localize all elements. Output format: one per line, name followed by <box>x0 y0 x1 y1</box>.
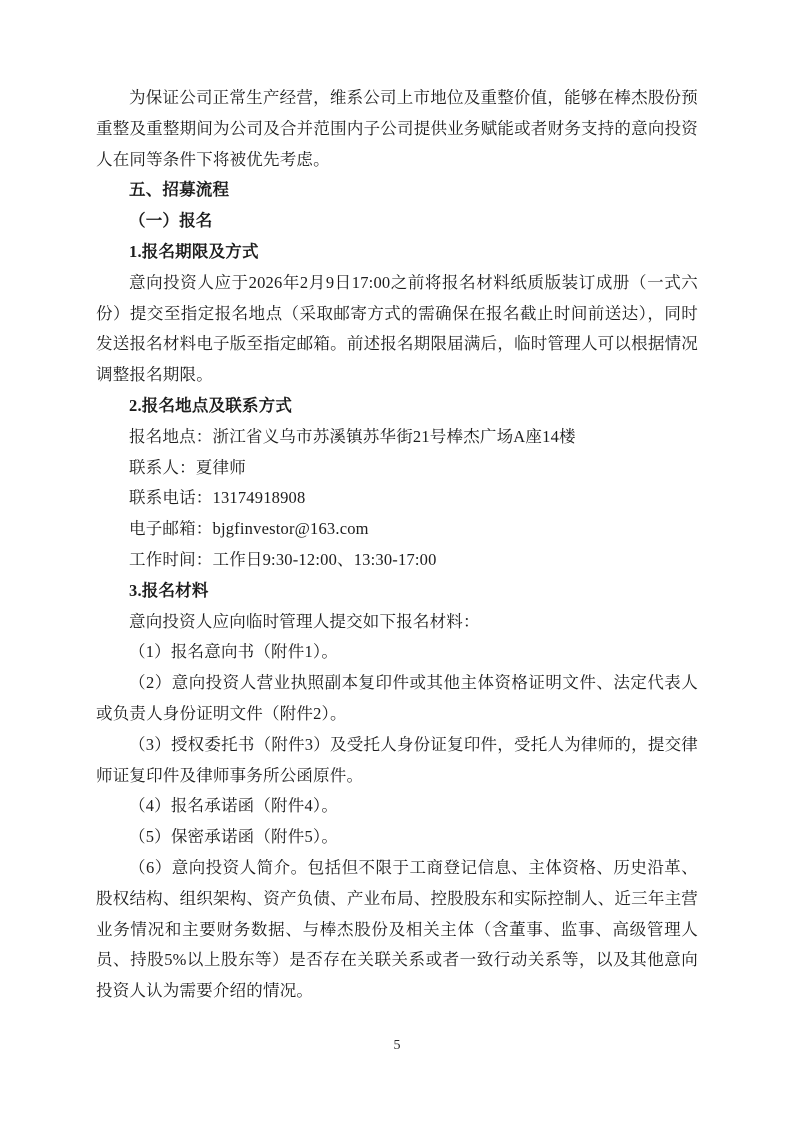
section-heading: （一）报名 <box>96 206 698 237</box>
section-heading: 3.报名材料 <box>96 576 698 607</box>
paragraph: 报名地点：浙江省义乌市苏溪镇苏华街21号棒杰广场A座14楼 <box>96 422 698 453</box>
paragraph: （2）意向投资人营业执照副本复印件或其他主体资格证明文件、法定代表人或负责人身份… <box>96 668 698 730</box>
paragraph: 为保证公司正常生产经营，维系公司上市地位及重整价值，能够在棒杰股份预重整及重整期… <box>96 83 698 175</box>
paragraph: （1）报名意向书（附件1）。 <box>96 637 698 668</box>
document-body: 为保证公司正常生产经营，维系公司上市地位及重整价值，能够在棒杰股份预重整及重整期… <box>96 83 698 1007</box>
page-number: 5 <box>0 1036 794 1056</box>
paragraph: （5）保密承诺函（附件5）。 <box>96 822 698 853</box>
paragraph: 联系人：夏律师 <box>96 453 698 484</box>
section-heading: 2.报名地点及联系方式 <box>96 391 698 422</box>
document-page: 为保证公司正常生产经营，维系公司上市地位及重整价值，能够在棒杰股份预重整及重整期… <box>0 0 794 1123</box>
paragraph: （4）报名承诺函（附件4）。 <box>96 791 698 822</box>
paragraph: （6）意向投资人简介。包括但不限于工商登记信息、主体资格、历史沿革、股权结构、组… <box>96 853 698 1007</box>
paragraph: 意向投资人应于2026年2月9日17:00之前将报名材料纸质版装订成册（一式六份… <box>96 268 698 391</box>
paragraph: 联系电话：13174918908 <box>96 483 698 514</box>
section-heading: 1.报名期限及方式 <box>96 237 698 268</box>
paragraph: 意向投资人应向临时管理人提交如下报名材料： <box>96 607 698 638</box>
paragraph: 电子邮箱：bjgfinvestor@163.com <box>96 514 698 545</box>
paragraph: 工作时间：工作日9:30-12:00、13:30-17:00 <box>96 545 698 576</box>
paragraph: （3）授权委托书（附件3）及受托人身份证复印件，受托人为律师的，提交律师证复印件… <box>96 730 698 792</box>
section-heading: 五、招募流程 <box>96 175 698 206</box>
